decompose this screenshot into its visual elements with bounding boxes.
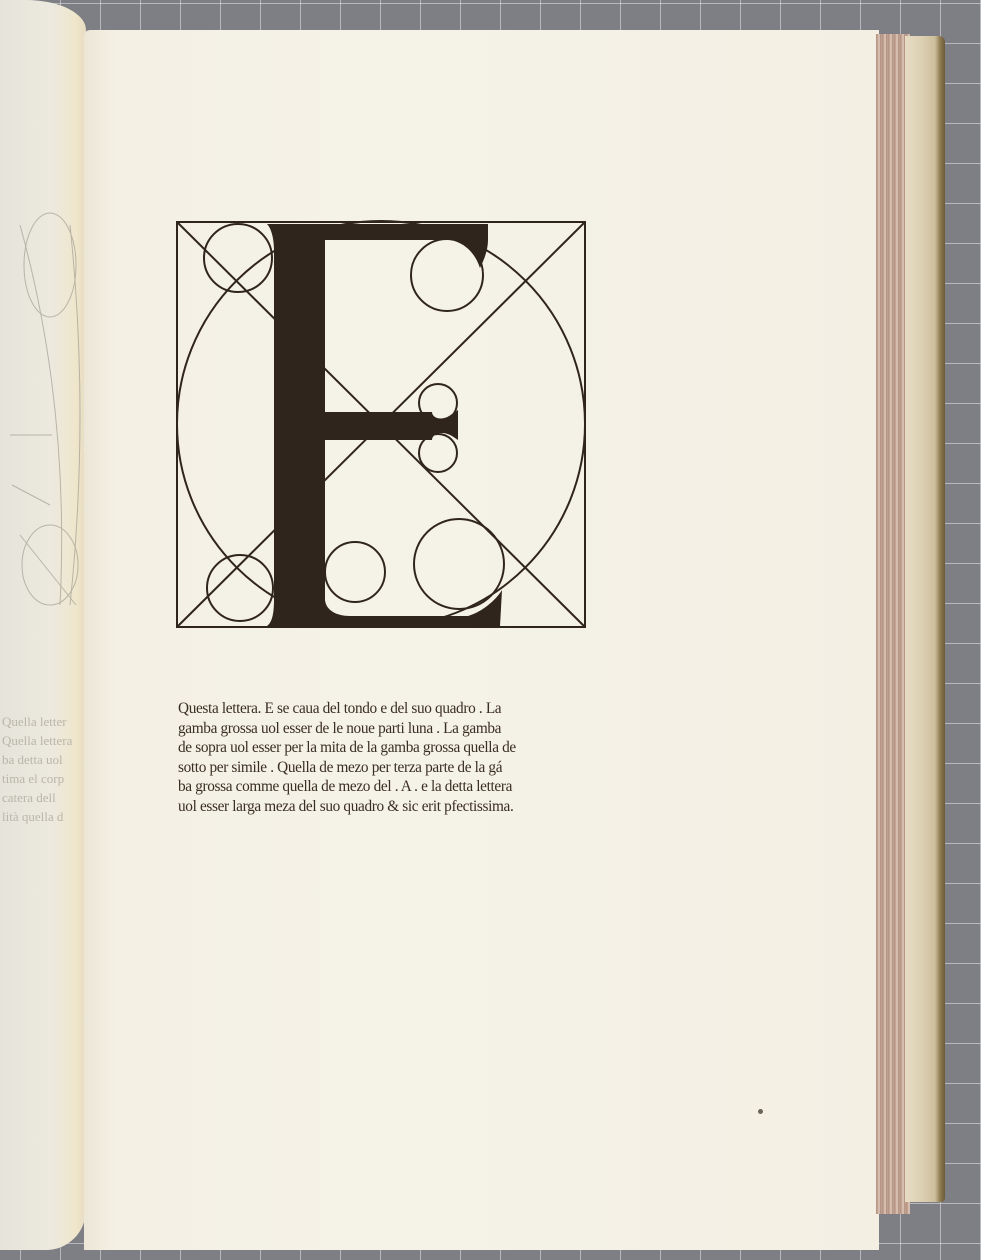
caption-paragraph: Questa lettera. E se caua del tondo e de… [178, 699, 588, 816]
left-text-line: Quella lettera [2, 731, 86, 750]
letter-e-construction-figure [170, 210, 590, 640]
left-page-text: Quella letter Quella lettera ba detta uo… [2, 712, 86, 826]
caption-line: ba grossa comme quella de mezo del . A .… [178, 777, 588, 797]
left-text-line: catera dell [2, 788, 86, 807]
caption-line: Questa lettera. E se caua del tondo e de… [178, 699, 588, 719]
left-page-show-through-figure [0, 205, 86, 625]
book-cover-edge [905, 36, 945, 1202]
left-text-line: tima el corp [2, 769, 86, 788]
caption-line: gamba grossa uol esser de le noue parti … [178, 719, 588, 739]
left-text-line: ba detta uol [2, 750, 86, 769]
paper-spot [758, 1109, 763, 1114]
left-text-line: Quella letter [2, 712, 86, 731]
caption-line: sotto per simile . Quella de mezo per te… [178, 758, 588, 778]
left-page: Quella letter Quella lettera ba detta uo… [0, 0, 86, 1250]
caption-line: uol esser larga meza del suo quadro & si… [178, 797, 588, 817]
left-text-line: lità quella d [2, 807, 86, 826]
caption-line: de sopra uol esser per la mita de la gam… [178, 738, 588, 758]
